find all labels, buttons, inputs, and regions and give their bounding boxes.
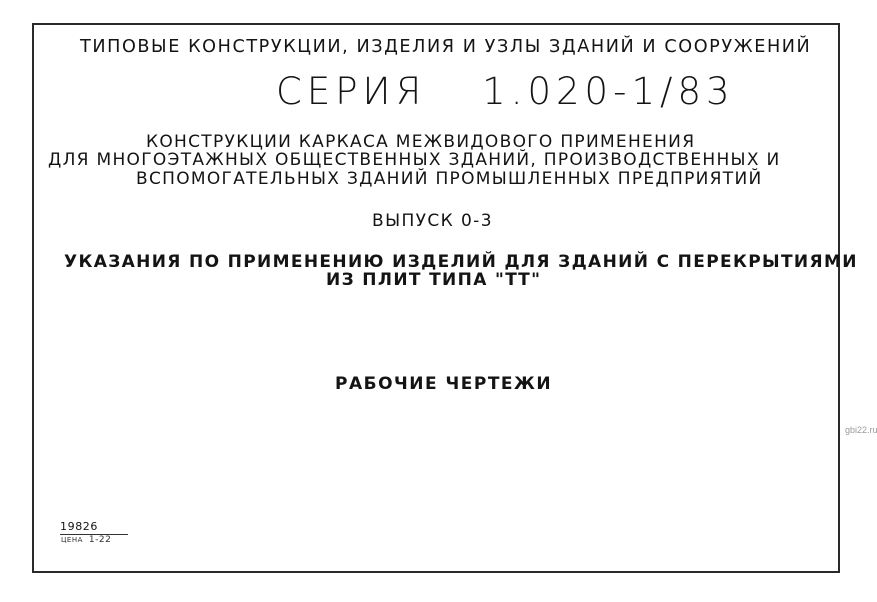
- subtitle-line-2: ДЛЯ МНОГОЭТАЖНЫХ ОБЩЕСТВЕННЫХ ЗДАНИЙ, ПР…: [48, 150, 781, 170]
- subtitle-line-3: ВСПОМОГАТЕЛЬНЫХ ЗДАНИЙ ПРОМЫШЛЕННЫХ ПРЕД…: [136, 169, 763, 189]
- series-label: СЕРИЯ: [276, 70, 426, 113]
- series-title: СЕРИЯ1.020-1/83: [276, 70, 735, 113]
- guidance-line-2: ИЗ ПЛИТ ТИПА "ТТ": [326, 270, 541, 290]
- price-label: ЦЕНА: [61, 536, 83, 544]
- series-number: 1.020-1/83: [482, 70, 734, 113]
- drawings-label: РАБОЧИЕ ЧЕРТЕЖИ: [335, 374, 552, 394]
- price-value: 1-22: [89, 535, 111, 545]
- watermark: gbi22.ru: [845, 425, 877, 435]
- price-row: ЦЕНА1-22: [61, 535, 111, 545]
- document-header: ТИПОВЫЕ КОНСТРУКЦИИ, ИЗДЕЛИЯ И УЗЛЫ ЗДАН…: [80, 36, 811, 57]
- issue-number: ВЫПУСК 0-3: [372, 211, 493, 231]
- subtitle-line-1: КОНСТРУКЦИИ КАРКАСА МЕЖВИДОВОГО ПРИМЕНЕН…: [146, 132, 695, 152]
- catalog-number: 19826: [60, 520, 128, 535]
- guidance-line-1: УКАЗАНИЯ ПО ПРИМЕНЕНИЮ ИЗДЕЛИЙ ДЛЯ ЗДАНИ…: [64, 252, 858, 272]
